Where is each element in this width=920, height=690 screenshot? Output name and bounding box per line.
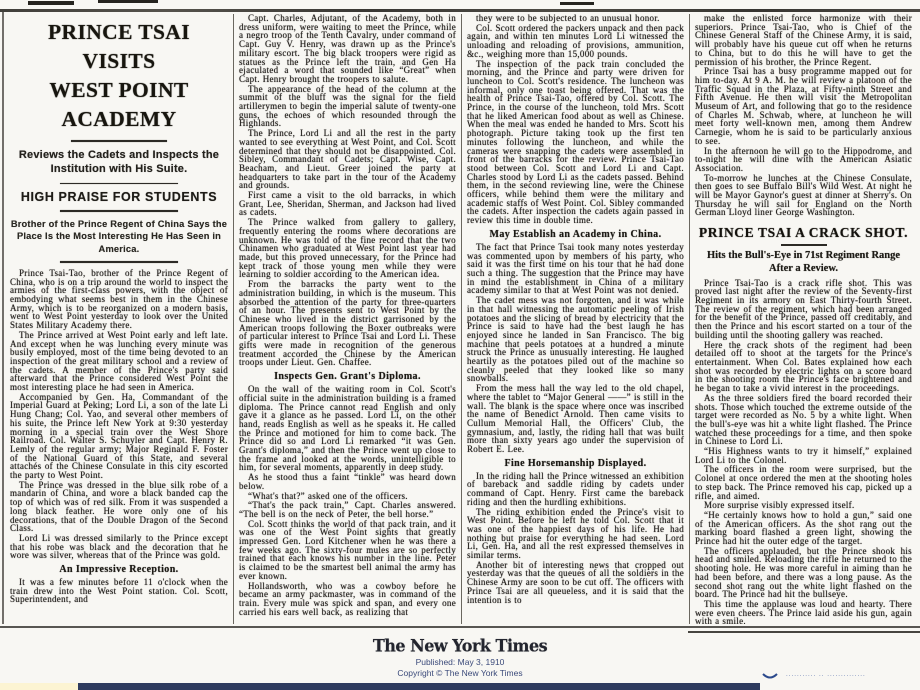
article-paragraph: From the mess hall the way led to the ol… bbox=[467, 384, 684, 454]
article-paragraph: Another bit of interesting news that cro… bbox=[467, 561, 684, 605]
watermark: ··········· ·· ·············· bbox=[762, 667, 920, 685]
article-paragraph: The inspection of the pack train conclud… bbox=[467, 60, 684, 225]
secondary-headline: PRINCE TSAI A CRACK SHOT. bbox=[695, 225, 912, 246]
article-paragraph: Col. Scott ordered the packers unpack an… bbox=[467, 24, 684, 59]
top-rule bbox=[0, 9, 920, 12]
article-paragraph: As he stood thus a faint “tinkle” was he… bbox=[239, 473, 456, 490]
article-paragraph: Prince Tsai-Tao is a crack rifle shot. T… bbox=[695, 279, 912, 340]
article-paragraph: “His Highness wants to try it himself,” … bbox=[695, 447, 912, 464]
article-column-4: make the enlisted force harmonize with t… bbox=[689, 14, 917, 624]
nyt-logo: The New York Times bbox=[373, 636, 547, 656]
divider-rule bbox=[71, 140, 167, 142]
scan-artifact bbox=[28, 1, 74, 5]
watermark-text: ··········· ·· ·············· bbox=[786, 673, 866, 679]
published-date: Published: May 3, 1910 bbox=[0, 657, 920, 667]
newspaper-scan-page: PRINCE TSAI VISITS WEST POINT ACADEMY Re… bbox=[0, 0, 920, 690]
divider-rule bbox=[60, 210, 178, 212]
scan-artifact bbox=[560, 2, 594, 5]
bottom-cream-strip bbox=[0, 683, 78, 690]
article-paragraph: The officers applauded, but the Prince s… bbox=[695, 547, 912, 599]
article-paragraph: The Prince, Lord Li and all the rest in … bbox=[239, 129, 456, 190]
article-paragraph: “What's that?” asked one of the officers… bbox=[239, 492, 456, 501]
article-paragraph: “He certainly knows how to hold a gun,” … bbox=[695, 511, 912, 546]
column-crosshead: Fine Horsemanship Displayed. bbox=[467, 458, 684, 469]
article-paragraph: Lord Li was dressed similarly to the Pri… bbox=[10, 534, 228, 560]
article-paragraph: The riding exhibition ended the Prince's… bbox=[467, 508, 684, 560]
article-paragraph: Here the crack shots of the regiment had… bbox=[695, 341, 912, 393]
kicker-heading: HIGH PRAISE FOR STUDENTS bbox=[10, 190, 228, 204]
column-crosshead: An Impressive Reception. bbox=[10, 564, 228, 575]
article-paragraph: First came a visit to the old barracks, … bbox=[239, 191, 456, 217]
article-paragraph: Col. Scott thinks the world of that pack… bbox=[239, 520, 456, 581]
article-column-1: PRINCE TSAI VISITS WEST POINT ACADEMY Re… bbox=[5, 14, 233, 624]
article-paragraph: The officers in the room were surprised,… bbox=[695, 465, 912, 500]
column-crosshead: May Establish an Academy in China. bbox=[467, 229, 684, 240]
bottom-navy-bar bbox=[78, 683, 760, 690]
divider-rule bbox=[60, 261, 178, 263]
article-paragraph: Prince Tsai has a busy programme mapped … bbox=[695, 67, 912, 145]
article-paragraph: It was a few minutes before 11 o'clock w… bbox=[10, 578, 228, 604]
deck-heading: Brother of the Prince Regent of China Sa… bbox=[10, 218, 228, 256]
article-paragraph: This time the applause was loud and hear… bbox=[695, 600, 912, 624]
article-paragraph: Accompanied by Gen. Ha, Commandant of th… bbox=[10, 393, 228, 480]
headline: PRINCE TSAI VISITS WEST POINT ACADEMY bbox=[10, 18, 228, 134]
article-paragraph: Capt. Charles, Adjutant, of the Academy,… bbox=[239, 14, 456, 84]
article-column-2: Capt. Charles, Adjutant, of the Academy,… bbox=[233, 14, 461, 624]
subheadline: Reviews the Cadets and Inspects the Inst… bbox=[10, 148, 228, 177]
article-paragraph: In the riding hall the Prince witnessed … bbox=[467, 472, 684, 507]
article-column-3: they were to be subjected to an unusual … bbox=[461, 14, 689, 624]
article-paragraph: In the afternoon he will go to the Hippo… bbox=[695, 147, 912, 173]
article-paragraph: Prince Tsai-Tao, brother of the Prince R… bbox=[10, 269, 228, 330]
article-paragraph: To-morrow he lunches at the Chinese Cons… bbox=[695, 174, 912, 218]
article-paragraph: The Prince arrived at West Point early a… bbox=[10, 331, 228, 392]
bottom-column-rule-heavy bbox=[688, 631, 920, 633]
headline-line-2: WEST POINT ACADEMY bbox=[10, 76, 228, 134]
secondary-deck: Hits the Bull's-Eye in 71st Regiment Ran… bbox=[703, 249, 904, 275]
column-body: they were to be subjected to an unusual … bbox=[467, 14, 684, 604]
article-paragraph: More surprise visibly expressed itself. bbox=[695, 501, 912, 510]
swoosh-icon bbox=[762, 667, 778, 685]
column-body: make the enlisted force harmonize with t… bbox=[695, 14, 912, 624]
scan-artifact bbox=[98, 0, 158, 3]
article-paragraph: The Prince walked from gallery to galler… bbox=[239, 218, 456, 279]
article-paragraph: The appearance of the head of the column… bbox=[239, 85, 456, 129]
column-body: Prince Tsai-Tao, brother of the Prince R… bbox=[10, 269, 228, 604]
article-paragraph: they were to be subjected to an unusual … bbox=[467, 14, 684, 23]
article-paragraph: From the barracks the party went to the … bbox=[239, 280, 456, 367]
article-paragraph: “That's the pack train,” Capt. Charles a… bbox=[239, 501, 456, 518]
article-paragraph: The cadet mess was not forgotten, and it… bbox=[467, 296, 684, 383]
divider-rule bbox=[60, 183, 178, 185]
article-paragraph: make the enlisted force harmonize with t… bbox=[695, 14, 912, 66]
article-columns: PRINCE TSAI VISITS WEST POINT ACADEMY Re… bbox=[5, 14, 917, 624]
article-paragraph: The Prince was dressed in the blue silk … bbox=[10, 481, 228, 533]
article-paragraph: On the wall of the waiting room in Col. … bbox=[239, 385, 456, 472]
article-paragraph: As the three soldiers fired the board re… bbox=[695, 394, 912, 446]
column-crosshead: Inspects Gen. Grant's Diploma. bbox=[239, 371, 456, 382]
headline-line-1: PRINCE TSAI VISITS bbox=[10, 18, 228, 76]
column-body: Capt. Charles, Adjutant, of the Academy,… bbox=[239, 14, 456, 616]
article-paragraph: Hollandsworth, who was a cowboy before h… bbox=[239, 582, 456, 617]
article-paragraph: The fact that Prince Tsai took many note… bbox=[467, 243, 684, 295]
bottom-column-rule bbox=[0, 626, 920, 628]
left-edge-rule bbox=[2, 12, 4, 624]
